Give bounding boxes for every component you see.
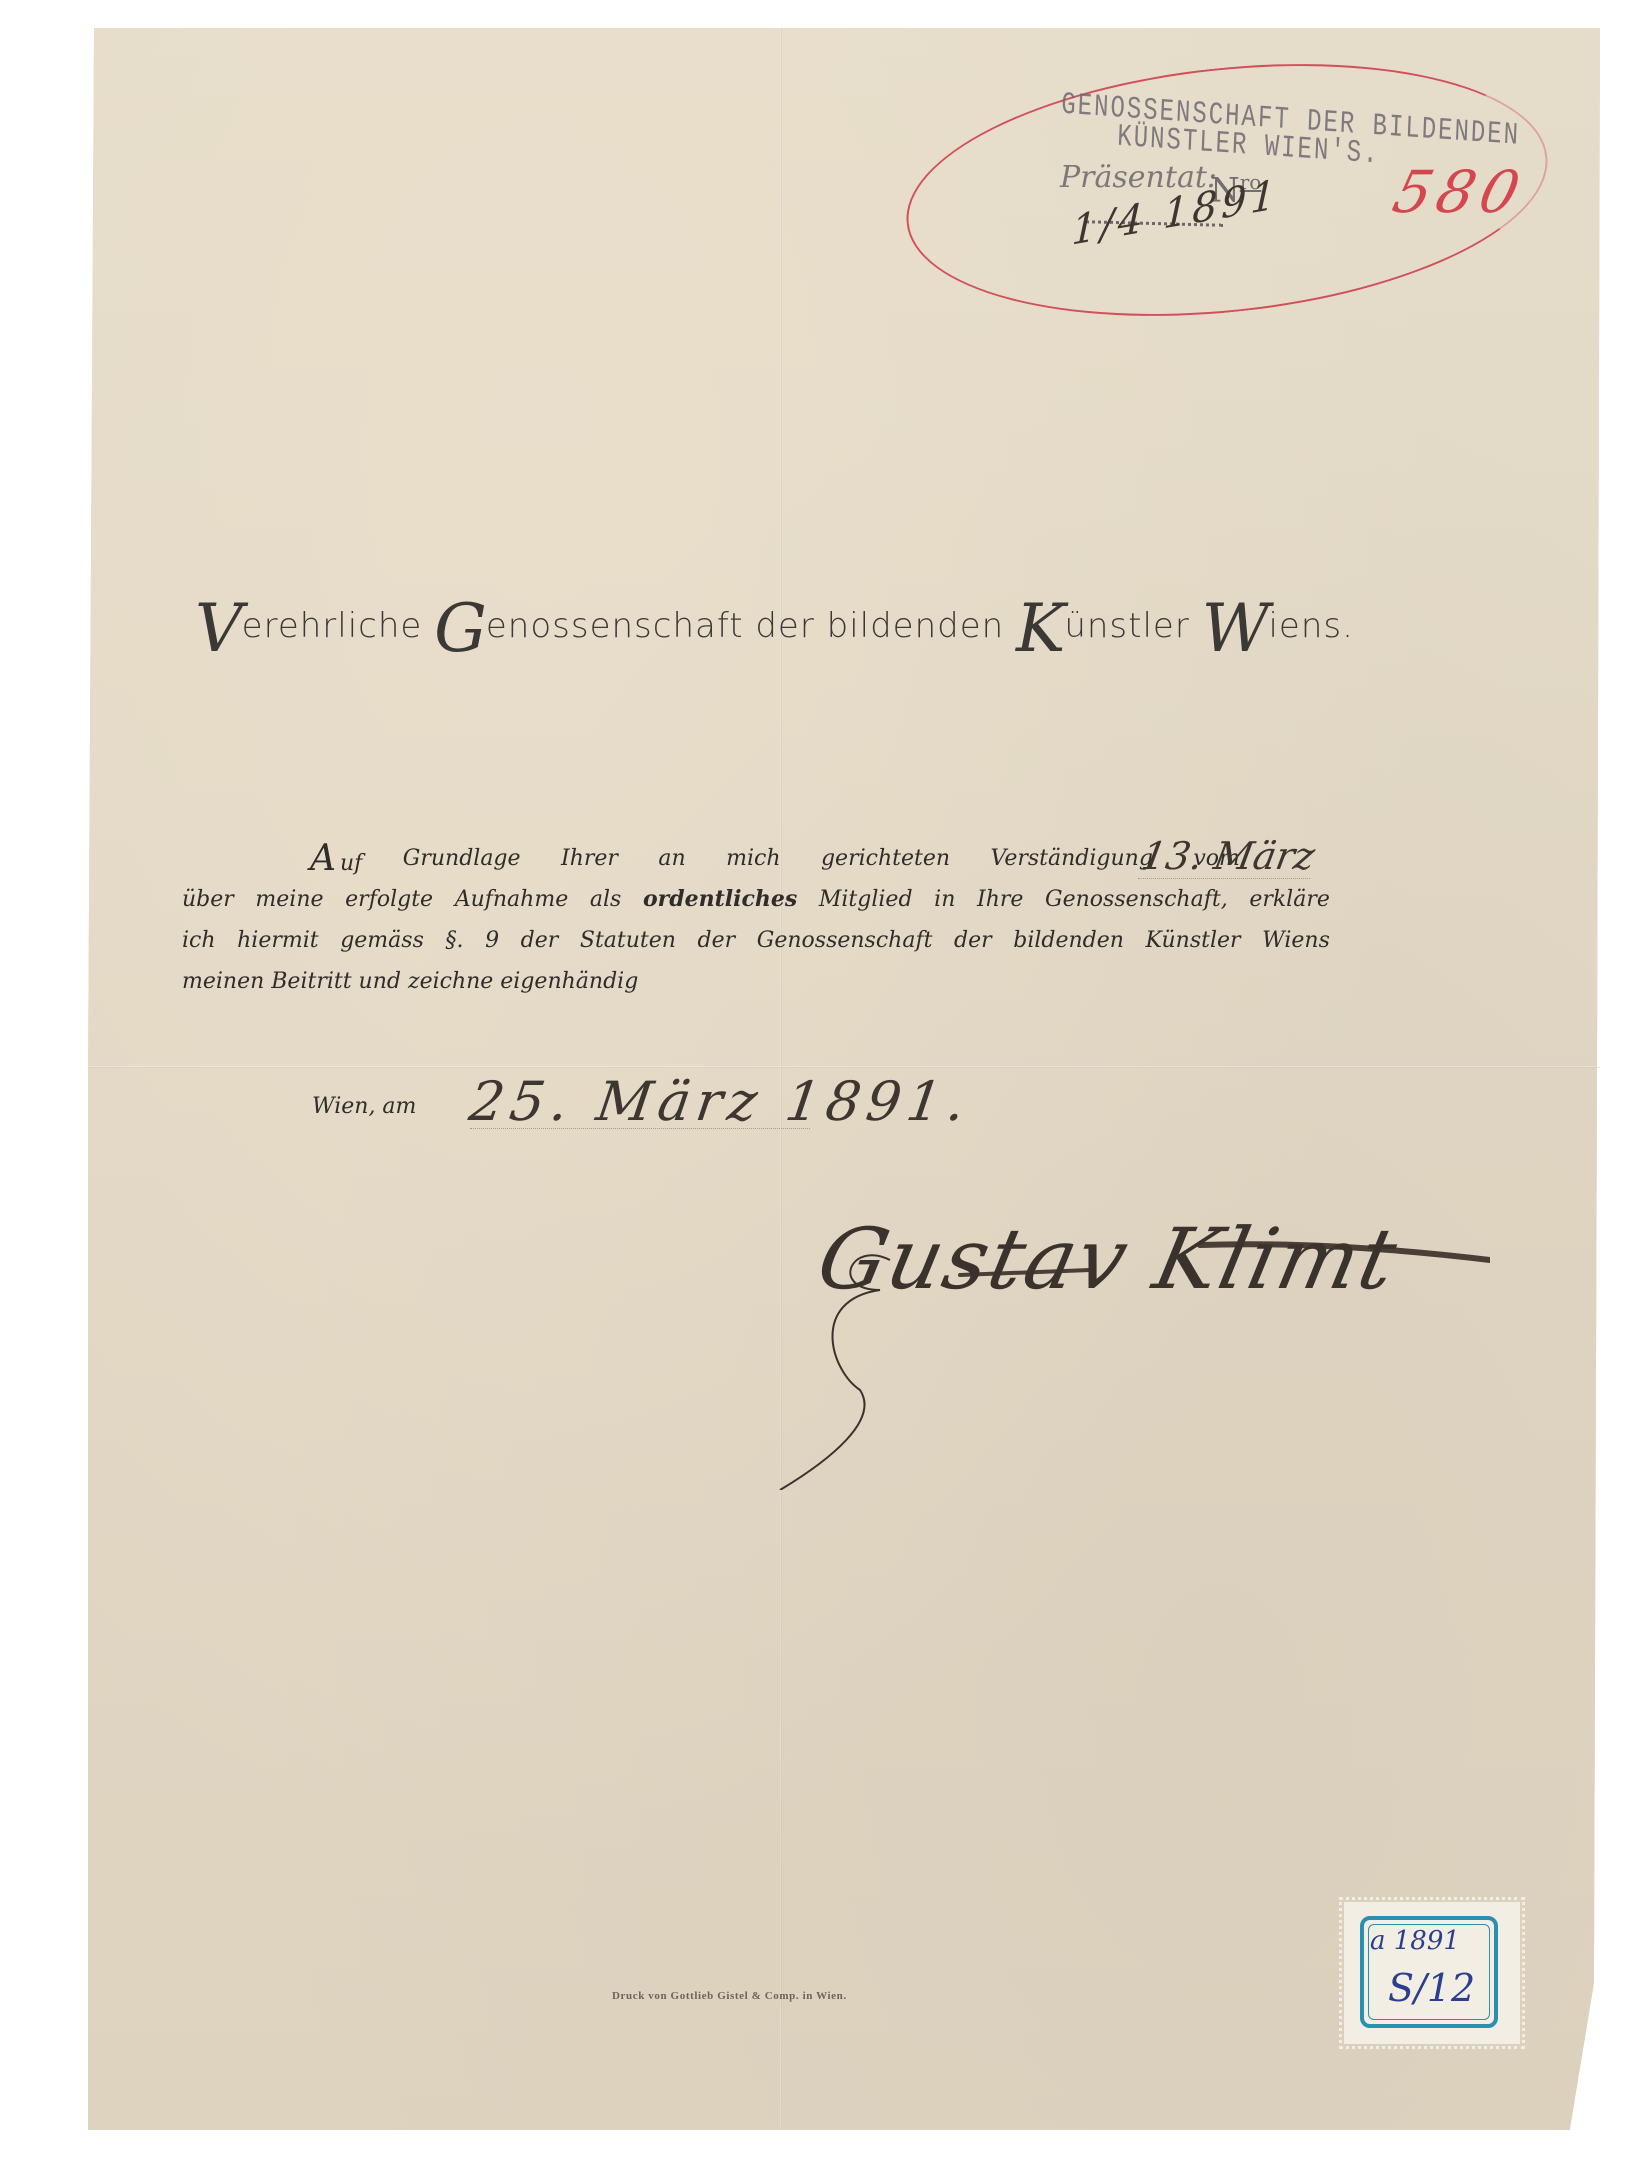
- heading-text-3: ünstler: [1064, 606, 1201, 646]
- word: Mitglied: [819, 879, 913, 920]
- body-line-3: ich hiermit gemäss §. 9 der Statuten der…: [182, 920, 1330, 961]
- place-label: Wien, am: [312, 1094, 416, 1119]
- word: erkläre: [1249, 879, 1330, 920]
- word: gemäss: [340, 920, 424, 961]
- word: 9: [485, 920, 499, 961]
- word: gerichteten: [821, 838, 950, 879]
- body-line-2: über meine erfolgte Aufnahme als ordentl…: [182, 879, 1330, 920]
- word: als: [590, 879, 621, 920]
- word: Ihrer: [561, 838, 618, 879]
- signature: Gustav Klimt: [810, 1210, 1407, 1308]
- word: Genossenschaft: [757, 920, 933, 961]
- word: Aufnahme: [455, 879, 569, 920]
- word: bildenden: [1013, 920, 1124, 961]
- handwritten-notification-date: 13. März: [1138, 834, 1318, 879]
- body-line-4: meinen Beitritt und zeichne eigenhändig: [182, 961, 1330, 1002]
- word: Statuten: [580, 920, 676, 961]
- word: der: [521, 920, 559, 961]
- word: an: [658, 838, 685, 879]
- heading-text-2: enossenschaft der bildenden: [486, 606, 1016, 646]
- word: Ihre: [977, 879, 1023, 920]
- heading-text-1: erehrliche: [242, 606, 434, 646]
- word: erfolgte: [345, 879, 433, 920]
- heading-initial-k: K: [1016, 590, 1066, 667]
- heading-initial-w: W: [1202, 590, 1271, 667]
- body-line-1: Auf Grundlage Ihrer an mich gerichteten …: [182, 838, 1240, 879]
- body-line-4-text: meinen Beitritt und zeichne eigenhändig: [182, 961, 638, 1002]
- archive-label-number: S/12: [1388, 1966, 1475, 2010]
- body-line-1-start: Auf: [310, 838, 362, 879]
- word: meine: [255, 879, 323, 920]
- word: Genossenschaft,: [1045, 879, 1228, 920]
- word: Künstler: [1146, 920, 1241, 961]
- word: ich: [182, 920, 216, 961]
- word: der: [698, 920, 736, 961]
- handwritten-signing-date: 25. März 1891.: [466, 1070, 975, 1133]
- horizontal-fold-line: [88, 1066, 1600, 1068]
- word: Verständigung: [990, 838, 1152, 879]
- word: der: [954, 920, 992, 961]
- word: mich: [726, 838, 780, 879]
- document-heading: Verehrliche Genossenschaft der bildenden…: [195, 590, 1354, 667]
- word: in: [934, 879, 955, 920]
- word: Wiens: [1262, 920, 1330, 961]
- word: hiermit: [237, 920, 318, 961]
- archive-label: a 1891 S/12: [1344, 1902, 1520, 2044]
- word: Grundlage: [403, 838, 521, 879]
- printer-imprint: Druck von Gottlieb Gistel & Comp. in Wie…: [612, 1990, 847, 2002]
- heading-initial-g: G: [434, 590, 488, 667]
- stamp-handwritten-number: 580: [1387, 158, 1533, 226]
- word: über: [182, 879, 234, 920]
- archive-label-year: a 1891: [1370, 1926, 1460, 1956]
- body-initial: A: [310, 838, 336, 879]
- heading-initial-v: V: [195, 590, 244, 667]
- word: uf: [340, 851, 362, 876]
- heading-text-4: iens.: [1268, 606, 1353, 646]
- word: §.: [445, 920, 463, 961]
- emphasized-word: ordentliches: [643, 879, 797, 920]
